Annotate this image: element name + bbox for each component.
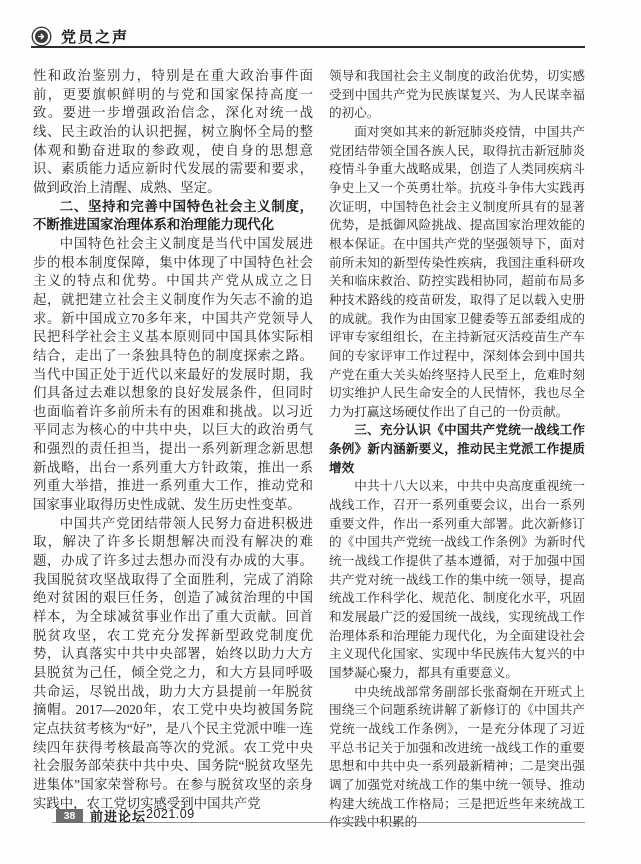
issue-label: 2021.09 bbox=[146, 807, 195, 821]
article-body: 性和政治鉴别力，特别是在重大政治事件面前，更要旗帜鲜明的与党和国家保持高度一致。… bbox=[33, 67, 585, 832]
journal-page: 党员之声 性和政治鉴别力，特别是在重大政治事件面前，更要旗帜鲜明的与党和国家保持… bbox=[0, 0, 641, 864]
paragraph: 面对突如其来的新冠肺炎疫情，中国共产党团结带领全国各族人民，取得抗击新冠肺炎疫情… bbox=[329, 123, 585, 422]
left-column: 性和政治鉴别力，特别是在重大政治事件面前，更要旗帜鲜明的与党和国家保持高度一致。… bbox=[33, 67, 313, 832]
paragraph: 中国共产党团结带领人民努力奋进积极进取，解决了许多长期想解决而没有解决的难题，办… bbox=[33, 515, 313, 814]
section-heading: 三、充分认识《中国共产党统一战线工作条例》新内涵新要义，推动民主党派工作提质增效 bbox=[329, 421, 585, 477]
page-number-badge: 38 bbox=[56, 809, 83, 823]
journal-title: 前进论坛 bbox=[90, 806, 146, 825]
header-rule bbox=[31, 46, 585, 48]
paragraph: 中央统战部常务副部长张裔炯在开班式上围绕三个问题系统讲解了新修订的《中国共产党统… bbox=[329, 683, 585, 832]
paragraph-continuation: 性和政治鉴别力，特别是在重大政治事件面前，更要旗帜鲜明的与党和国家保持高度一致。… bbox=[33, 67, 313, 198]
paragraph-continuation: 领导和我国社会主义制度的政治优势，切实感受到中国共产党为民族谋复兴、为人民谋幸福… bbox=[329, 67, 585, 123]
arrow-right-in-circle-icon bbox=[31, 26, 52, 47]
page-header: 党员之声 bbox=[31, 26, 129, 47]
paragraph: 中国特色社会主义制度是当代中国发展进步的根本制度保障，集中体现了中国特色社会主义… bbox=[33, 235, 313, 515]
paragraph: 中共十八大以来，中共中央高度重视统一战线工作，召开一系列重要会议，出台一系列重要… bbox=[329, 477, 585, 682]
section-heading: 二、坚持和完善中国特色社会主义制度，不断推进国家治理体系和治理能力现代化 bbox=[33, 198, 313, 235]
right-column: 领导和我国社会主义制度的政治优势，切实感受到中国共产党为民族谋复兴、为人民谋幸福… bbox=[329, 67, 585, 832]
section-title: 党员之声 bbox=[61, 26, 129, 47]
